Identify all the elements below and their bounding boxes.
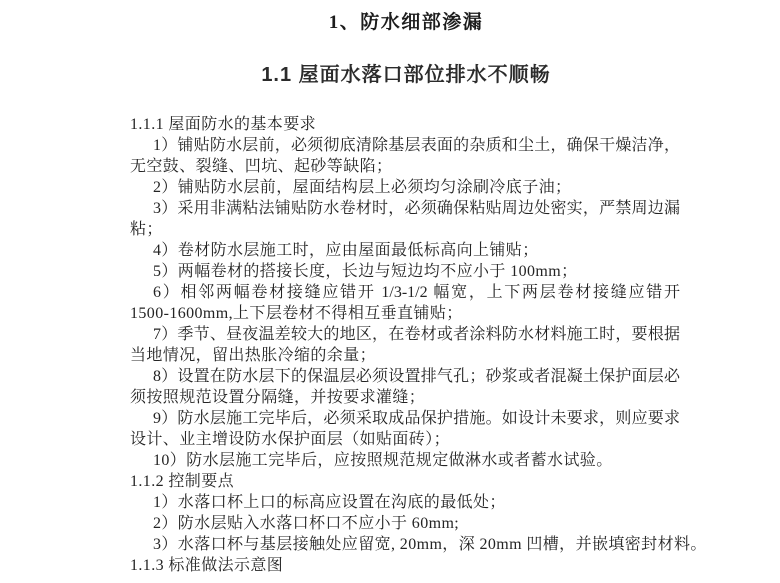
text-line: 须按照规范设置分隔缝，并按要求灌缝；: [130, 387, 680, 408]
text-line: 无空鼓、裂缝、凹坑、起砂等缺陷；: [130, 156, 680, 177]
text-line: 3）采用非满粘法铺贴防水卷材时，必须确保粘贴周边处密实，严禁周边漏: [130, 198, 680, 219]
text-line: 2）防水层贴入水落口杯口不应小于 60mm;: [130, 513, 680, 534]
text-line: 1.1.2 控制要点: [130, 471, 680, 492]
text-line: 9）防水层施工完毕后，必须采取成品保护措施。如设计未要求，则应要求: [130, 408, 680, 429]
document-body: 1.1.1 屋面防水的基本要求1）铺贴防水层前，必须彻底清除基层表面的杂质和尘土…: [130, 114, 680, 576]
text-line: 2）铺贴防水层前，屋面结构层上必须均匀涂刷冷底子油；: [130, 177, 680, 198]
text-line: 1）铺贴防水层前，必须彻底清除基层表面的杂质和尘土，确保干燥洁净，: [130, 135, 680, 156]
section-heading: 1.1 屋面水落口部位排水不顺畅: [130, 58, 682, 87]
text-line: 1）水落口杯上口的标高应设置在沟底的最低处；: [130, 492, 680, 513]
document-title: 1、防水细部渗漏: [130, 7, 682, 34]
text-line: 7）季节、昼夜温差较大的地区，在卷材或者涂料防水材料施工时，要根据: [130, 324, 680, 345]
text-line: 10）防水层施工完毕后，应按照规范规定做淋水或者蓄水试验。: [130, 450, 680, 471]
text-line: 粘；: [130, 219, 680, 240]
document-page: 1、防水细部渗漏 1.1 屋面水落口部位排水不顺畅 1.1.1 屋面防水的基本要…: [0, 0, 780, 583]
text-line: 设计、业主增设防水保护面层（如贴面砖）；: [130, 429, 680, 450]
text-line: 5）两幅卷材的搭接长度，长边与短边均不应小于 100mm；: [130, 261, 680, 282]
text-line: 1.1.3 标准做法示意图: [130, 555, 680, 576]
text-line: 8）设置在防水层下的保温层必须设置排气孔；砂浆或者混凝土保护面层必: [130, 366, 680, 387]
text-line: 当地情况，留出热胀冷缩的余量；: [130, 345, 680, 366]
text-line: 4）卷材防水层施工时，应由屋面最低标高向上铺贴；: [130, 240, 680, 261]
text-line: 1.1.1 屋面防水的基本要求: [130, 114, 680, 135]
text-line: 6）相邻两幅卷材接缝应错开 1/3-1/2 幅宽，上下两层卷材接缝应错开: [130, 282, 680, 303]
text-line: 1500-1600mm,上下层卷材不得相互垂直铺贴；: [130, 303, 680, 324]
text-line: 3）水落口杯与基层接触处应留宽, 20mm，深 20mm 凹槽，并嵌填密封材料。: [130, 534, 680, 555]
